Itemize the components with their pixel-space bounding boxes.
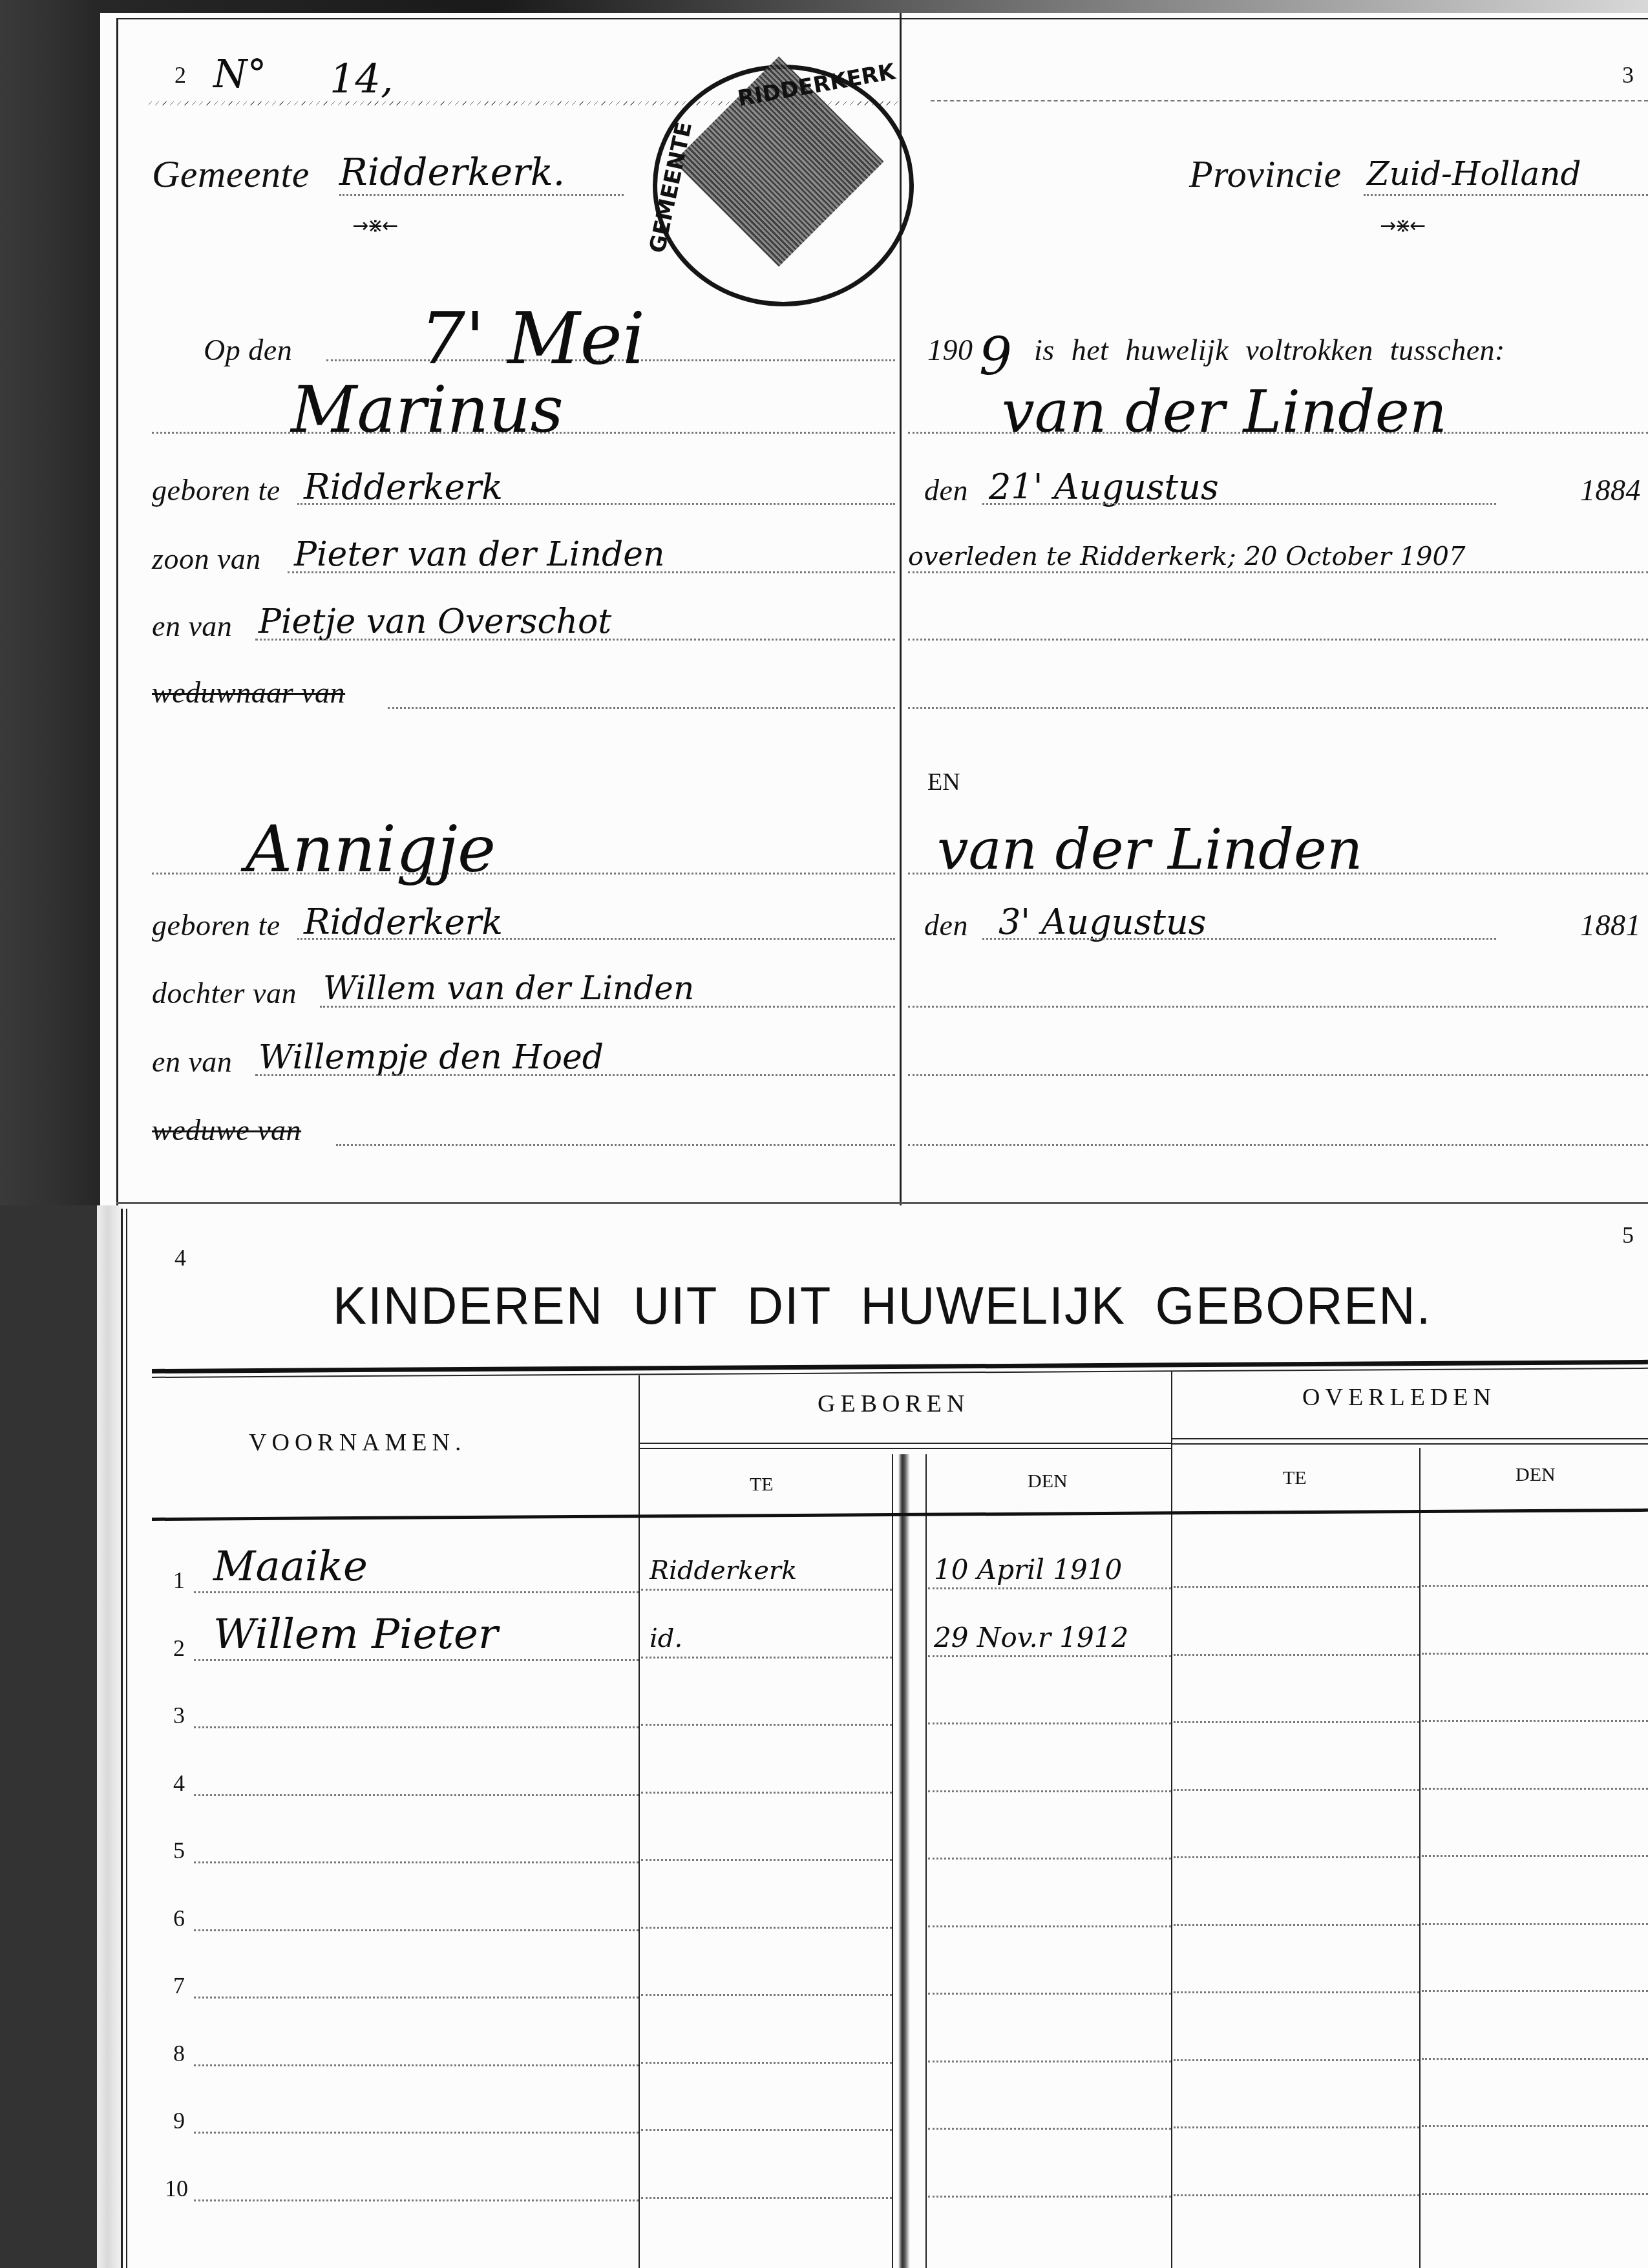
province-line (1364, 194, 1648, 196)
row-number: 3 (173, 1702, 185, 1729)
row-line-names (194, 1997, 639, 1998)
row-line-died-date (1422, 2058, 1648, 2060)
year-prefix: 190 (927, 333, 973, 367)
municipality-label: Gemeente (152, 152, 310, 196)
header-died-place: TE (1283, 1467, 1307, 1489)
header-died-date: DEN (1516, 1464, 1556, 1486)
col-divider-born-den (925, 1454, 927, 2268)
ornament-divider-icon: →⋇← (352, 215, 397, 237)
groom-born-line (982, 503, 1496, 505)
died-group-rule-2 (1172, 1443, 1648, 1445)
bride-surname: van der Linden (937, 818, 1362, 882)
bride-father: Willem van der Linden (323, 970, 694, 1007)
row-line-names (194, 1929, 639, 1931)
row-line-born-date (928, 1993, 1171, 1995)
blank-line-2 (908, 707, 1648, 709)
groom-mother: Pietje van Overschot (259, 602, 611, 641)
row-line-died-place (1174, 2126, 1419, 2128)
groom-surname: van der Linden (1002, 378, 1447, 446)
row-line-born-place (641, 1994, 892, 1996)
row-line-died-place (1174, 1991, 1419, 1993)
top-border (116, 18, 1648, 19)
row-line-names (194, 1659, 639, 1661)
row-number: 2 (173, 1635, 185, 1662)
blank-line-3 (908, 1006, 1648, 1008)
page-number-5: 5 (1622, 1222, 1634, 1249)
row-line-born-date (928, 2061, 1171, 2062)
and-label: EN (927, 768, 960, 796)
bride-born-line (982, 938, 1496, 940)
col-divider-names (639, 1375, 640, 2268)
scan-background-left-top (0, 0, 100, 1205)
page-number-4: 4 (174, 1244, 186, 1271)
child-first-names: Willem Pieter (213, 1611, 498, 1659)
row-line-born-date (928, 1925, 1171, 1927)
municipality-value: Ridderkerk. (339, 150, 565, 194)
row-line-died-date (1422, 1855, 1648, 1857)
child-born-place: id. (650, 1624, 682, 1653)
groom-mother-line (255, 639, 895, 641)
groom-born-year: 1884 (1580, 473, 1641, 507)
born-group-rule-2 (640, 1448, 1171, 1449)
row-number: 1 (173, 1567, 185, 1594)
scan-background-top (0, 0, 1648, 13)
died-group-rule-1 (1172, 1438, 1648, 1439)
row-line-born-place (641, 2197, 892, 2199)
header-voornamen: VOORNAMEN. (249, 1428, 467, 1457)
child-born-date: 10 April 1910 (934, 1554, 1122, 1585)
row-line-born-place (641, 2062, 892, 2064)
row-line-names (194, 1861, 639, 1863)
row-line-born-place (641, 1859, 892, 1861)
row-line-died-date (1422, 1653, 1648, 1655)
record-number-value: 14, (330, 55, 394, 102)
row-line-died-place (1174, 1924, 1419, 1926)
row-line-born-date (928, 1587, 1171, 1589)
scan-background-left-bottom (0, 1205, 97, 2268)
row-line-names (194, 1726, 639, 1728)
row-line-died-place (1174, 1586, 1419, 1588)
bride-and-of-label: en van (152, 1044, 232, 1079)
municipality-line (339, 194, 624, 196)
child-born-date: 29 Nov.r 1912 (934, 1622, 1128, 1653)
row-number: 5 (173, 1837, 185, 1864)
province-value: Zuid-Holland (1367, 155, 1581, 193)
widow-label-struck: weduwe van (152, 1113, 301, 1147)
row-line-born-date (928, 1722, 1171, 1724)
row-line-died-place (1174, 1789, 1419, 1791)
date-label: Op den (204, 333, 292, 367)
row-line-born-date (928, 2196, 1171, 2198)
row-line-died-date (1422, 1990, 1648, 1992)
row-number: 8 (173, 2040, 185, 2067)
row-number: 10 (165, 2175, 188, 2202)
province-label: Provincie (1189, 152, 1342, 196)
row-line-names (194, 1591, 639, 1593)
col-divider-died-te (1419, 1448, 1421, 2268)
groom-birthplace-line (297, 503, 895, 505)
ornament-divider-icon-right: →⋇← (1380, 215, 1424, 237)
row-line-names (194, 1794, 639, 1796)
row-line-died-place (1174, 1721, 1419, 1723)
widow-line (336, 1144, 895, 1146)
top-left-border (116, 19, 118, 1205)
row-line-born-place (641, 1589, 892, 1591)
row-line-died-date (1422, 1788, 1648, 1790)
bride-mother: Willempje den Hoed (259, 1038, 604, 1077)
page-number-3: 3 (1622, 61, 1634, 89)
groom-and-of-label: en van (152, 609, 232, 643)
groom-father: Pieter van der Linden (294, 535, 665, 574)
row-line-born-place (641, 1657, 892, 1659)
groom-father-line (288, 571, 895, 573)
widower-label-struck: weduwnaar van (152, 675, 345, 710)
bride-born-date: 3' Augustus (998, 902, 1206, 942)
row-line-born-place (641, 1927, 892, 1929)
row-line-born-date (928, 1858, 1171, 1860)
widower-line (388, 707, 895, 709)
row-line-born-date (928, 1790, 1171, 1792)
born-group-rule-1 (640, 1443, 1171, 1444)
row-number: 6 (173, 1905, 185, 1932)
row-line-died-date (1422, 2193, 1648, 2195)
row-line-born-place (641, 1724, 892, 1726)
groom-birthplace-value: Ridderkerk (304, 467, 503, 507)
top-right-line (931, 100, 1648, 101)
header-geboren: GEBOREN (818, 1390, 969, 1418)
bride-birthplace-label: geboren te (152, 908, 280, 942)
row-line-died-place (1174, 1856, 1419, 1858)
header-born-place: TE (750, 1474, 774, 1496)
row-line-died-date (1422, 1923, 1648, 1925)
col-divider-born-died (1171, 1372, 1172, 2268)
marriage-statement: is het huwelijk voltrokken tusschen: (1034, 333, 1505, 367)
groom-first-name: Marinus (291, 372, 564, 447)
row-line-died-date (1422, 1585, 1648, 1587)
blank-line-5 (908, 1144, 1648, 1146)
bottom-left-border-inner (126, 1209, 127, 2268)
groom-born-date: 21' Augustus (989, 467, 1219, 507)
marriage-date-value: 7' Mei (420, 297, 645, 380)
child-born-place: Ridderkerk (650, 1556, 797, 1585)
children-section-title: KINDEREN UIT DIT HUWELIJK GEBOREN. (333, 1275, 1431, 1337)
bride-birthplace-line (297, 938, 895, 940)
record-number-label: N° (213, 52, 267, 97)
row-number: 9 (173, 2107, 185, 2134)
groom-born-label: den (924, 473, 968, 507)
row-line-names (194, 2132, 639, 2134)
groom-son-of-label: zoon van (152, 542, 261, 576)
row-line-born-date (928, 1655, 1171, 1657)
bottom-left-border-outer (121, 1209, 123, 2268)
child-first-names: Maaike (213, 1543, 368, 1591)
row-number: 7 (173, 1972, 185, 1999)
row-number: 4 (173, 1770, 185, 1797)
bottom-left-margin-shadow (97, 1205, 123, 2268)
bride-father-line (320, 1006, 895, 1008)
row-line-died-place (1174, 2194, 1419, 2196)
row-line-born-place (641, 2129, 892, 2131)
row-line-names (194, 2199, 639, 2201)
groom-note-line (908, 571, 1648, 573)
bride-daughter-of-label: dochter van (152, 976, 297, 1010)
row-line-died-place (1174, 1654, 1419, 1656)
col-divider-born-te (892, 1454, 893, 2268)
row-line-died-date (1422, 2125, 1648, 2127)
bride-born-label: den (924, 908, 968, 942)
groom-birthplace-label: geboren te (152, 473, 280, 507)
page-number-2: 2 (174, 61, 186, 89)
header-overleden: OVERLEDEN (1302, 1383, 1496, 1412)
groom-death-note: overleden te Ridderkerk; 20 October 1907 (908, 542, 1465, 571)
bride-born-year: 1881 (1580, 908, 1641, 942)
blank-line-4 (908, 1074, 1648, 1076)
bride-first-name: Annigje (246, 811, 496, 887)
row-line-born-date (928, 2128, 1171, 2130)
spread-separator (116, 1202, 1648, 1204)
header-born-date: DEN (1028, 1470, 1068, 1492)
book-binding-thread (898, 1454, 910, 2268)
bride-birthplace-value: Ridderkerk (304, 902, 503, 942)
blank-line-1 (908, 639, 1648, 641)
bride-mother-line (255, 1074, 895, 1076)
row-line-died-date (1422, 1720, 1648, 1722)
row-line-died-place (1174, 2059, 1419, 2061)
row-line-names (194, 2064, 639, 2066)
row-line-born-place (641, 1792, 892, 1794)
